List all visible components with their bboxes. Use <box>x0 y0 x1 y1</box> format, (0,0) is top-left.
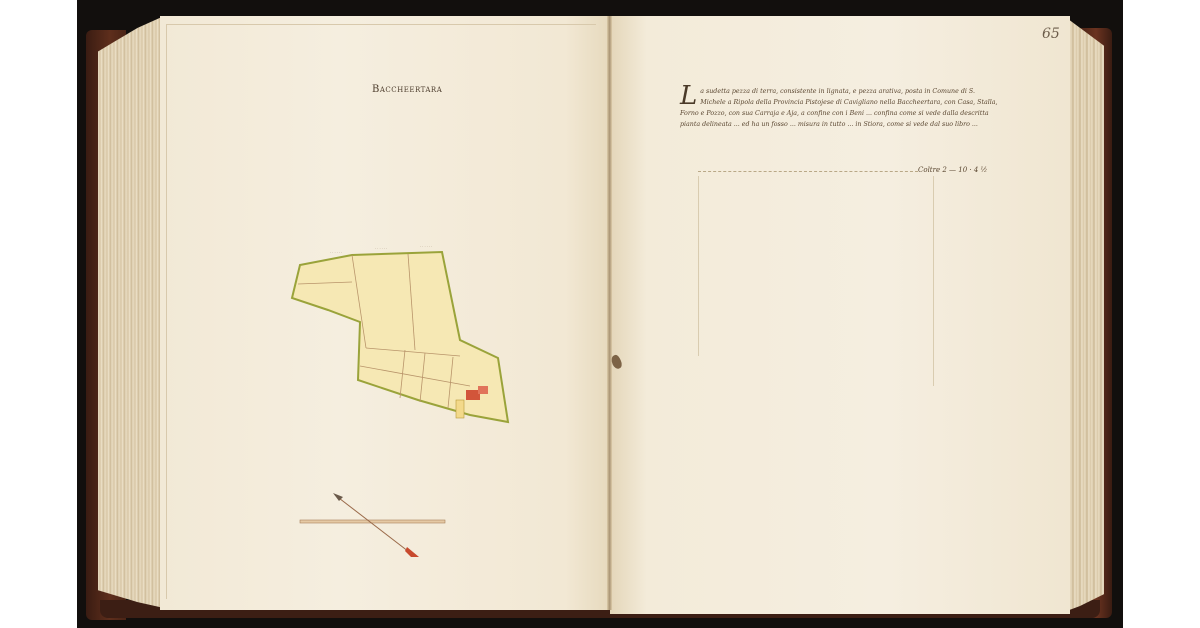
entry-rule <box>698 171 918 172</box>
svg-text:· · · · · ·: · · · · · · <box>420 245 432 249</box>
page-stack-right <box>1064 16 1104 612</box>
total-label: Coltre <box>918 166 940 174</box>
total-value: 2 — 10 · 4 ½ <box>942 166 987 174</box>
margin-rule <box>166 24 167 599</box>
ruled-box-right <box>933 176 934 386</box>
page-stack-left <box>98 16 164 608</box>
scale-bar <box>300 520 445 523</box>
estate-map: · · · · · · · · · · · · · · · · · · <box>270 240 520 430</box>
handwritten-entry: L a sudetta pezza di terra, consistente … <box>680 86 1000 130</box>
scale-bar-and-north-arrow <box>295 485 455 560</box>
ruled-box-left <box>698 176 699 356</box>
arrow-fletch-icon <box>405 547 419 557</box>
svg-text:· · · · · ·: · · · · · · <box>375 247 387 251</box>
book-gutter <box>607 16 612 610</box>
map-title: Baccheertara <box>372 84 442 95</box>
folio-number: 65 <box>1042 26 1060 42</box>
entry-text: a sudetta pezza di terra, consistente in… <box>680 88 998 128</box>
drop-cap: L <box>680 86 697 106</box>
svg-text:· · · · · ·: · · · · · · <box>330 251 342 255</box>
margin-rule <box>166 24 596 25</box>
entry-total: Coltre 2 — 10 · 4 ½ <box>918 166 987 174</box>
